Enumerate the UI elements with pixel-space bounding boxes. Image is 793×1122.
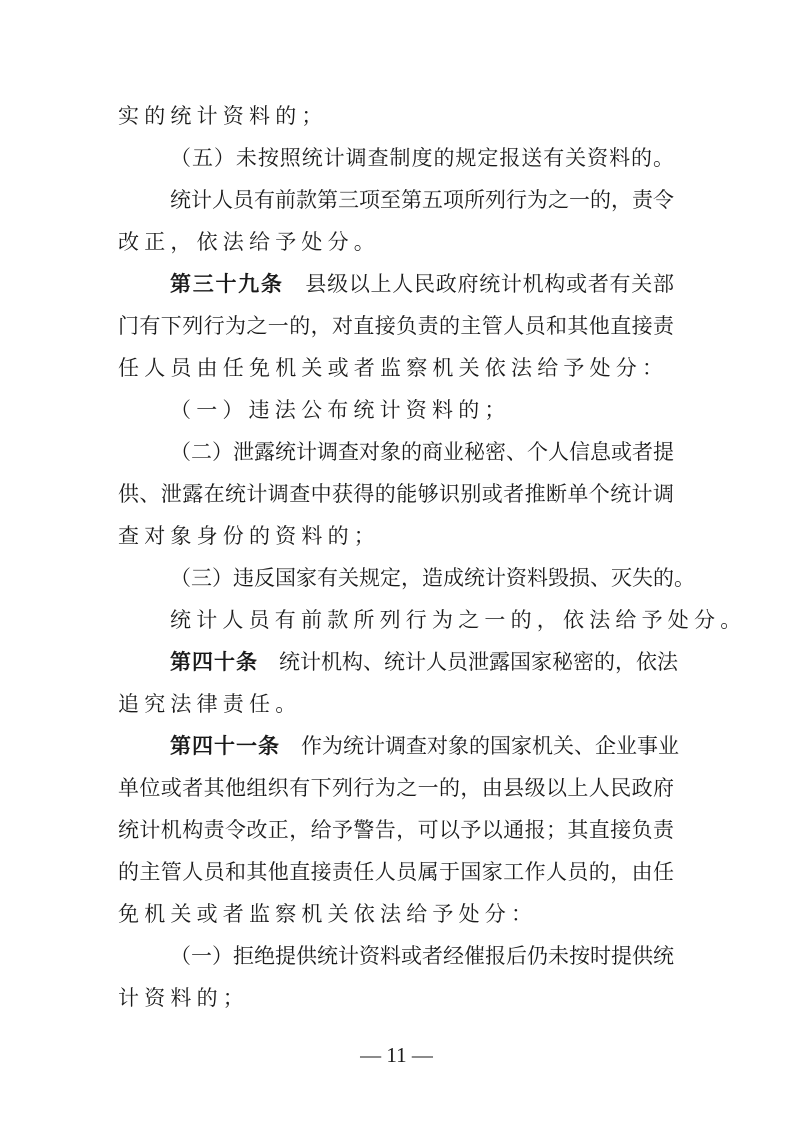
- text-line: 追究法律责任。: [118, 689, 674, 719]
- text-line: 计资料的；: [118, 983, 674, 1013]
- article-41-line: 第四十一条 作为统计调查对象的国家机关、企业事业: [170, 731, 674, 761]
- text-line: （五）未按照统计调查制度的规定报送有关资料的。: [170, 143, 674, 173]
- text-line: 供、泄露在统计调查中获得的能够识别或者推断单个统计调: [118, 479, 674, 509]
- article-heading: 第四十一条: [170, 734, 280, 758]
- document-page: 实的统计资料的； （五）未按照统计调查制度的规定报送有关资料的。 统计人员有前款…: [0, 0, 793, 1122]
- page-number: — 11 —: [0, 1040, 793, 1070]
- text-line: 的主管人员和其他直接责任人员属于国家工作人员的，由任: [118, 857, 674, 887]
- article-40-line: 第四十条 统计机构、统计人员泄露国家秘密的，依法: [170, 647, 674, 677]
- text-line: （三）违反国家有关规定，造成统计资料毁损、灭失的。: [170, 563, 674, 593]
- article-heading: 第三十九条: [170, 272, 284, 296]
- text-line: 查对象身份的资料的；: [118, 521, 674, 551]
- text-line: 门有下列行为之一的，对直接负责的主管人员和其他直接责: [118, 311, 674, 341]
- text-line: 实的统计资料的；: [118, 101, 674, 131]
- article-text: 统计机构、统计人员泄露国家秘密的，依法: [279, 650, 678, 674]
- text-line: （二）泄露统计调查对象的商业秘密、个人信息或者提: [170, 437, 674, 467]
- article-text: 作为统计调查对象的国家机关、企业事业: [301, 734, 679, 758]
- article-text: 县级以上人民政府统计机构或者有关部: [305, 272, 674, 296]
- text-line: 统计机构责令改正，给予警告，可以予以通报；其直接负责: [118, 815, 674, 845]
- article-39-line: 第三十九条 县级以上人民政府统计机构或者有关部: [170, 269, 674, 299]
- text-line: 统计人员有前款第三项至第五项所列行为之一的，责令: [170, 185, 674, 215]
- text-line: 统计人员有前款所列行为之一的，依法给予处分。: [170, 605, 674, 635]
- text-line: （一）拒绝提供统计资料或者经催报后仍未按时提供统: [170, 941, 674, 971]
- text-line: （一）违法公布统计资料的；: [170, 395, 674, 425]
- text-line: 免机关或者监察机关依法给予处分：: [118, 899, 674, 929]
- text-line: 改正，依法给予处分。: [118, 227, 674, 257]
- text-line: 任人员由任免机关或者监察机关依法给予处分：: [118, 353, 674, 383]
- text-line: 单位或者其他组织有下列行为之一的，由县级以上人民政府: [118, 773, 674, 803]
- article-heading: 第四十条: [170, 650, 258, 674]
